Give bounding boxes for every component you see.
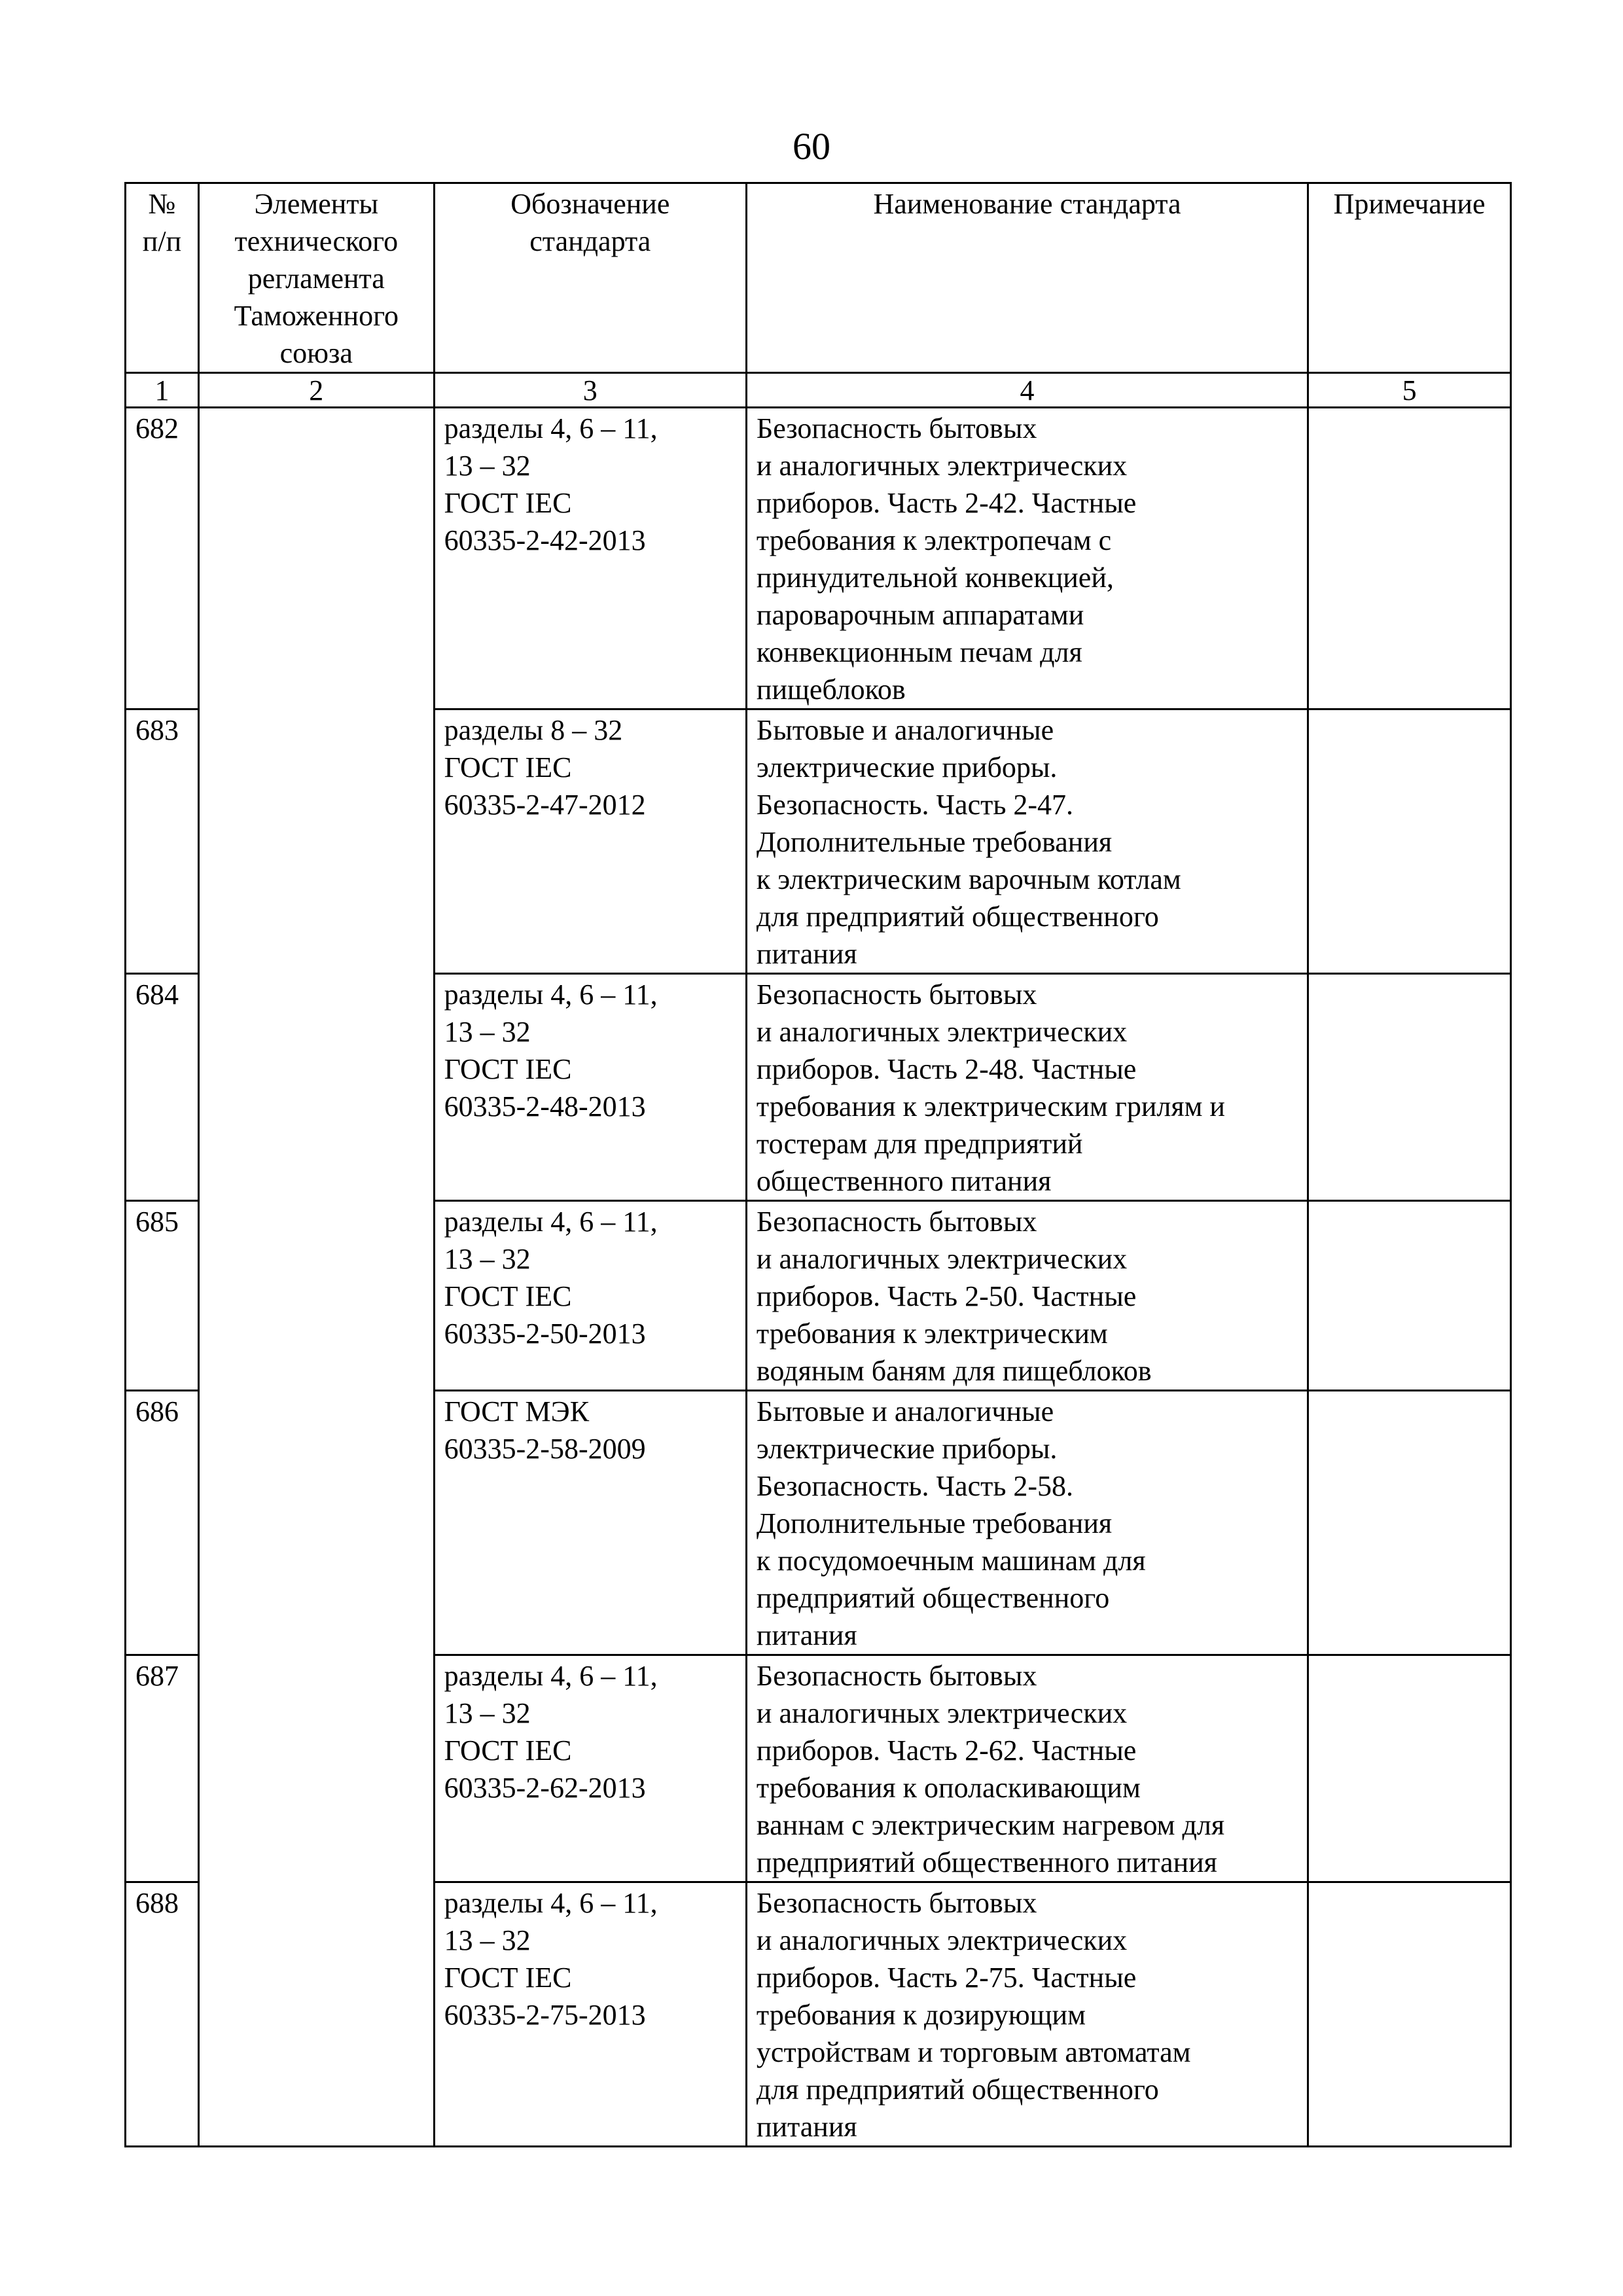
row-note bbox=[1308, 408, 1511, 709]
header-elements: Элементы технического регламента Таможен… bbox=[198, 183, 434, 373]
row-standard-name: Безопасность бытовых и аналогичных элект… bbox=[746, 1655, 1308, 1882]
row-standard-name: Безопасность бытовых и аналогичных элект… bbox=[746, 1201, 1308, 1391]
row-number: 684 bbox=[126, 974, 199, 1201]
column-number: 1 bbox=[126, 373, 199, 408]
column-number: 5 bbox=[1308, 373, 1511, 408]
column-number-row: 1 2 3 4 5 bbox=[126, 373, 1511, 408]
row-note bbox=[1308, 1201, 1511, 1391]
header-designation: Обозначение стандарта bbox=[434, 183, 746, 373]
table-row: 682разделы 4, 6 – 11, 13 – 32 ГОСТ IEC 6… bbox=[126, 408, 1511, 709]
row-note bbox=[1308, 709, 1511, 974]
row-number: 686 bbox=[126, 1391, 199, 1655]
row-designation: разделы 4, 6 – 11, 13 – 32 ГОСТ IEC 6033… bbox=[434, 1655, 746, 1882]
row-note bbox=[1308, 1391, 1511, 1655]
table-header-row: № п/п Элементы технического регламента Т… bbox=[126, 183, 1511, 373]
row-element bbox=[198, 408, 434, 2147]
row-note bbox=[1308, 1882, 1511, 2147]
column-number: 4 bbox=[746, 373, 1308, 408]
standards-table: № п/п Элементы технического регламента Т… bbox=[124, 182, 1512, 2147]
row-standard-name: Бытовые и аналогичные электрические приб… bbox=[746, 709, 1308, 974]
row-standard-name: Безопасность бытовых и аналогичных элект… bbox=[746, 1882, 1308, 2147]
column-number: 3 bbox=[434, 373, 746, 408]
row-note bbox=[1308, 974, 1511, 1201]
page-number: 60 bbox=[0, 124, 1623, 168]
row-designation: разделы 4, 6 – 11, 13 – 32 ГОСТ IEC 6033… bbox=[434, 408, 746, 709]
row-number: 688 bbox=[126, 1882, 199, 2147]
row-standard-name: Безопасность бытовых и аналогичных элект… bbox=[746, 408, 1308, 709]
column-number: 2 bbox=[198, 373, 434, 408]
row-number: 685 bbox=[126, 1201, 199, 1391]
row-designation: разделы 4, 6 – 11, 13 – 32 ГОСТ IEC 6033… bbox=[434, 1882, 746, 2147]
header-number: № п/п bbox=[126, 183, 199, 373]
row-note bbox=[1308, 1655, 1511, 1882]
header-name: Наименование стандарта bbox=[746, 183, 1308, 373]
row-designation: разделы 4, 6 – 11, 13 – 32 ГОСТ IEC 6033… bbox=[434, 1201, 746, 1391]
row-standard-name: Безопасность бытовых и аналогичных элект… bbox=[746, 974, 1308, 1201]
row-designation: разделы 4, 6 – 11, 13 – 32 ГОСТ IEC 6033… bbox=[434, 974, 746, 1201]
header-note: Примечание bbox=[1308, 183, 1511, 373]
row-designation: ГОСТ МЭК 60335-2-58-2009 bbox=[434, 1391, 746, 1655]
row-number: 687 bbox=[126, 1655, 199, 1882]
row-designation: разделы 8 – 32 ГОСТ IEC 60335-2-47-2012 bbox=[434, 709, 746, 974]
row-number: 682 bbox=[126, 408, 199, 709]
row-standard-name: Бытовые и аналогичные электрические приб… bbox=[746, 1391, 1308, 1655]
row-number: 683 bbox=[126, 709, 199, 974]
